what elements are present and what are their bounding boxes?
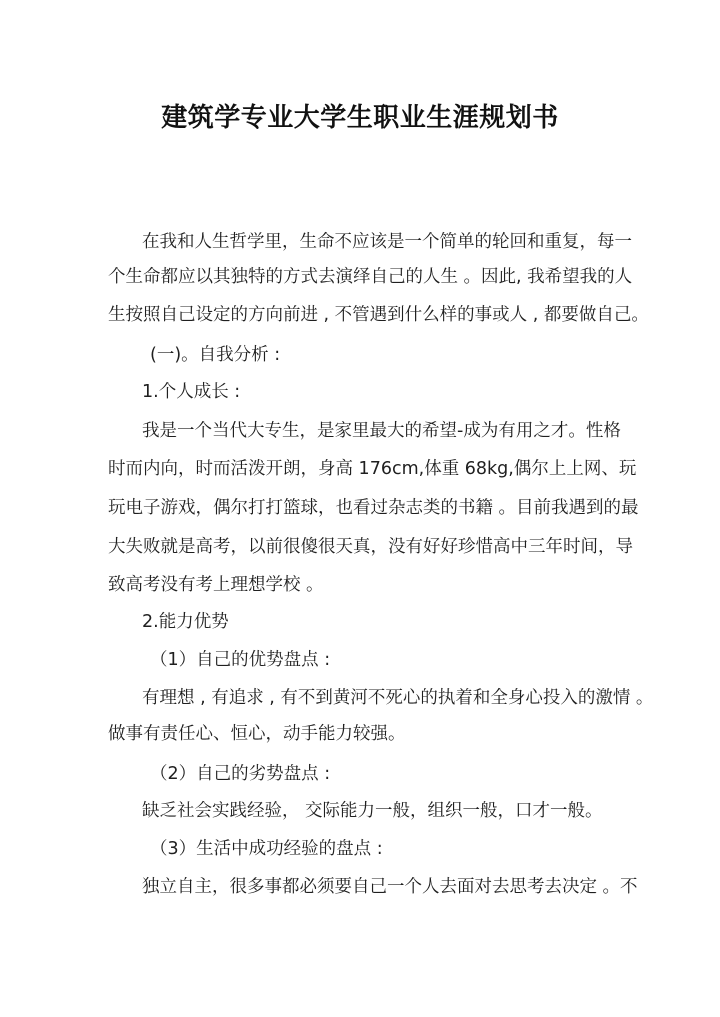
item-heading: （2）自己的劣势盘点 : — [150, 762, 330, 786]
paragraph-line: 致高考没有考上理想学校 。 — [108, 573, 324, 597]
paragraph-line: 我是一个当代大专生，是家里最大的希望-成为有用之才。性格 — [142, 419, 621, 443]
item-heading: （3）生活中成功经验的盘点 : — [150, 837, 383, 861]
paragraph-line: 玩电子游戏，偶尔打打篮球，也看过杂志类的书籍 。目前我遇到的最 — [108, 496, 639, 520]
paragraph-line: 时而内向，时而活泼开朗，身高 176cm,体重 68kg,偶尔上上网、玩 — [108, 457, 636, 481]
item-heading: （1）自己的优势盘点 : — [150, 648, 330, 672]
section-heading: (一)。自我分析 : — [150, 343, 280, 367]
paragraph-line: 有理想 , 有追求 , 有不到黄河不死心的执着和全身心投入的激情 。 — [142, 686, 653, 710]
paragraph-line: 缺乏社会实践经验， 交际能力一般，组织一般，口才一般。 — [142, 799, 603, 823]
subsection-heading: 2.能力优势 — [142, 610, 229, 634]
subsection-heading: 1.个人成长 : — [142, 380, 240, 404]
paragraph-line: 独立自主，很多事都必须要自己一个人去面对去思考去决定 。不 — [142, 875, 638, 899]
paragraph-line: 在我和人生哲学里，生命不应该是一个简单的轮回和重复，每一 — [142, 230, 632, 254]
paragraph-line: 大失败就是高考，以前很傻很天真，没有好好珍惜高中三年时间，导 — [108, 535, 633, 559]
document-title: 建筑学专业大学生职业生涯规划书 — [0, 100, 720, 136]
paragraph-line: 做事有责任心、恒心，动手能力较强。 — [108, 722, 406, 746]
paragraph-line: 生按照自己设定的方向前进 , 不管遇到什么样的事或人 , 都要做自己。 — [108, 303, 649, 327]
document-page: 建筑学专业大学生职业生涯规划书 在我和人生哲学里，生命不应该是一个简单的轮回和重… — [0, 0, 720, 1017]
paragraph-line: 个生命都应以其独特的方式去演绎自己的人生 。因此, 我希望我的人 — [108, 265, 632, 289]
